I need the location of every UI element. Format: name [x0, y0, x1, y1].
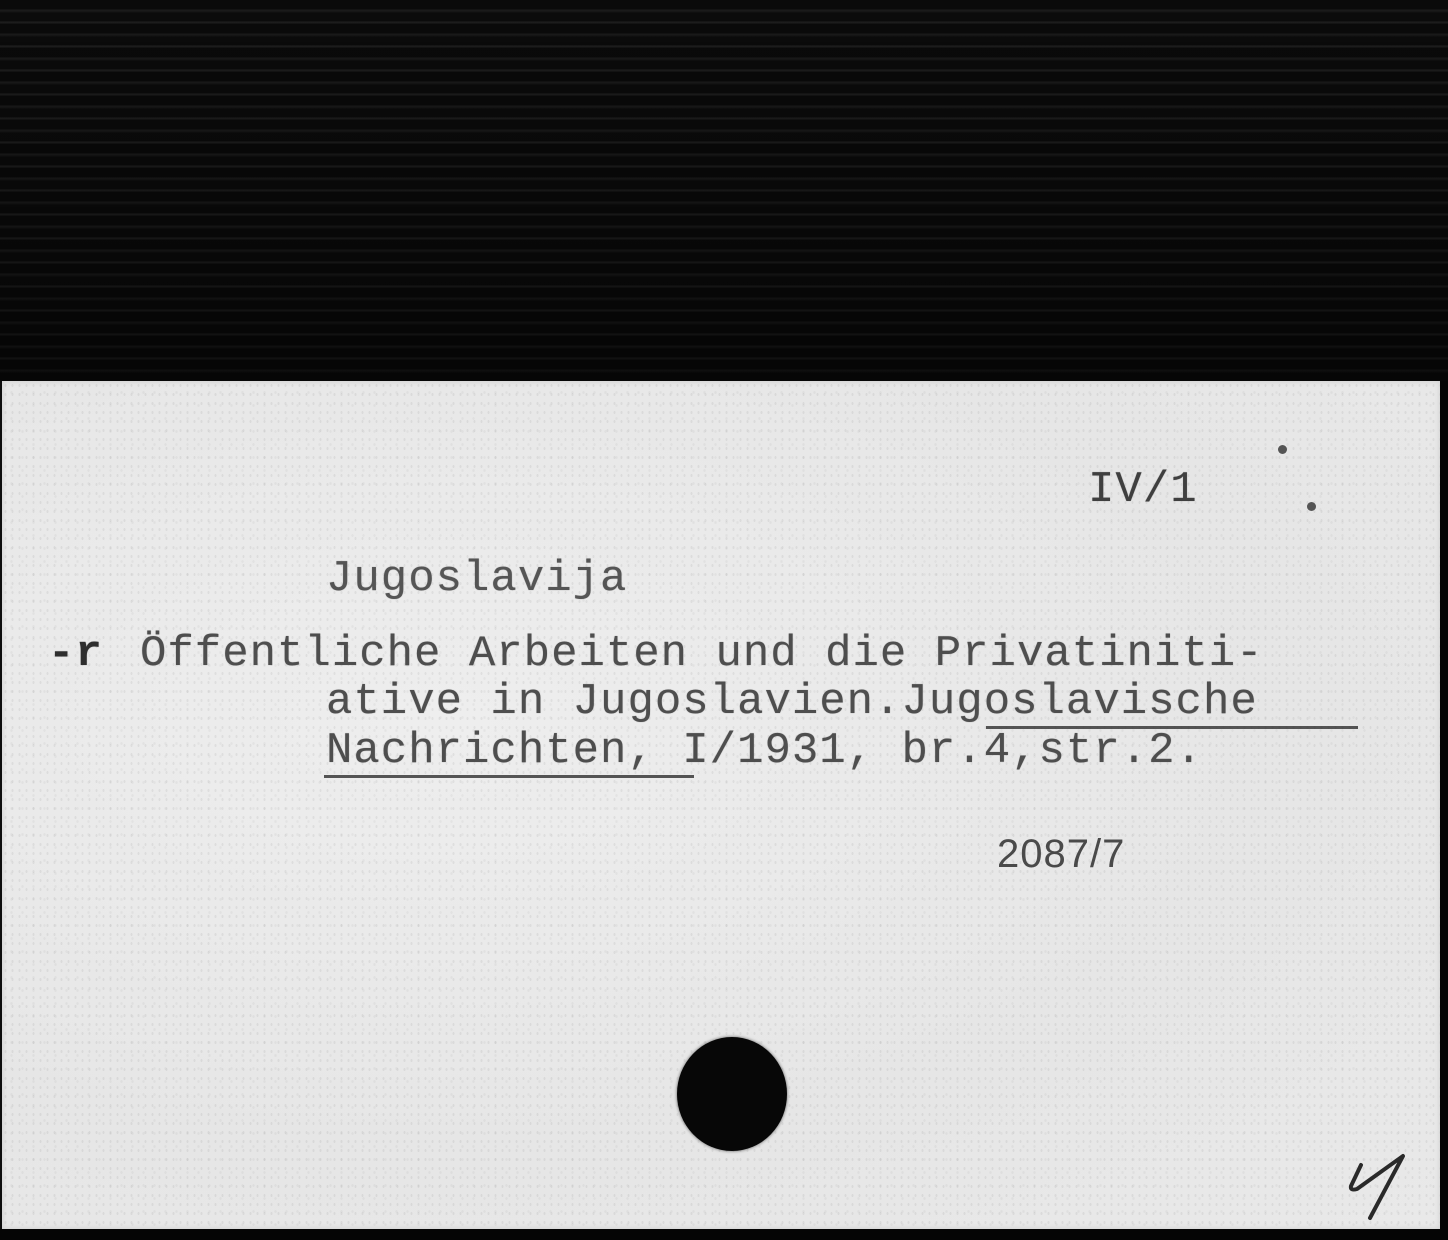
scanner-background: [0, 0, 1448, 381]
subject-heading: Jugoslavija: [326, 557, 627, 601]
citation-line-2: ative in Jugoslavien.Jugoslavische: [326, 680, 1258, 724]
call-number: IV/1: [1088, 468, 1198, 512]
entry-marker: -r: [48, 632, 103, 676]
ink-dot: [1307, 502, 1316, 511]
citation-line-1: Öffentliche Arbeiten und die Privatiniti…: [140, 632, 1264, 676]
journal-title-underline: [986, 726, 1358, 729]
citation-line-3: Nachrichten, I/1931, br.4,str.2.: [326, 729, 1203, 773]
journal-title-underline: [324, 775, 694, 778]
handwritten-number-icon: [1345, 1150, 1415, 1230]
ink-dot: [1278, 445, 1287, 454]
inventory-number: 2087/7: [997, 832, 1125, 877]
card-bottom-border: [0, 1229, 1448, 1240]
card-right-border: [1440, 381, 1448, 1240]
punch-hole: [677, 1037, 787, 1151]
